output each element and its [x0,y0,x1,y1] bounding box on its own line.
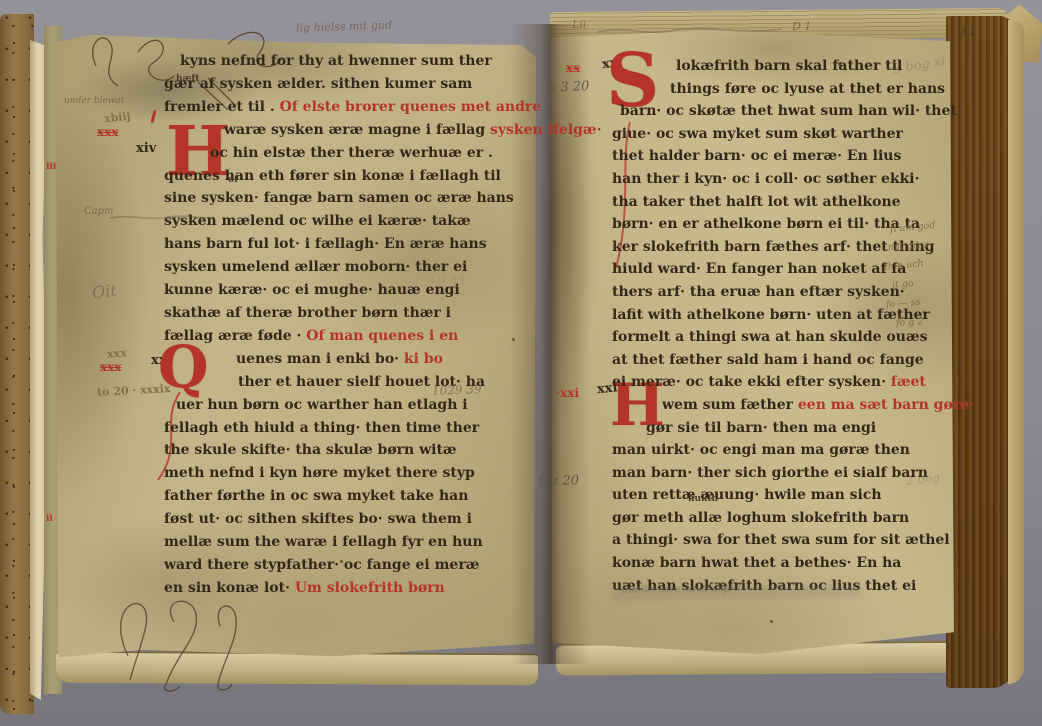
manuscript-text-line: gær af sysken ælder. sithen kumer sam [164,73,502,96]
body-text: lafit with athelkone børn· uten at fæthe… [612,307,930,323]
pen-doodle [100,592,340,692]
manuscript-text-line: quenes han eth fører sin konæ i fællagh … [164,165,502,188]
manuscript-text-line: fellagh eth hiuld a thing· then time the… [164,417,502,440]
manuscript-text-line: uenes man i enki bo· ki bo [164,348,502,371]
rubric-text: sysken ifelgæ· [490,122,601,138]
body-text: fællag æræ føde · [164,328,306,344]
manuscript-text-line: kunne kæræ· oc ei mughe· hauæ engi [164,279,502,302]
body-text: gør meth allæ loghum slokefrith barn [612,510,909,526]
body-text: konæ barn hwat thet a bethes· En ha [612,555,901,571]
chapter-number-old: xbiij [103,110,131,126]
manuscript-photo: iii ii under blewat lig hielss mit gud x… [0,0,1042,726]
body-text: skathæ af theræ brother børn thær i [164,305,451,321]
rubric-text: ki bo [404,351,443,367]
body-text: kunne kæræ· oc ei mughe· hauæ engi [164,282,460,298]
chapter-number-red: xxx [100,360,121,374]
body-text: father førthe in oc swa myket take han [164,488,468,504]
body-text: fremler et til . [164,99,280,115]
top-pencil-scribble: Lii [572,18,586,31]
manuscript-text-line: wem sum fæther een ma sæt barn gøre· [612,394,956,417]
body-text: the skule skifte· tha skulæ børn witæ [164,442,457,458]
body-text: wem sum fæther [662,397,798,413]
manuscript-text-line: ther et hauer sielf houet lot· ha [164,371,502,394]
body-text: sysken mælend oc wilhe ei kæræ· takæ [164,213,471,229]
body-text: formelt a thingi swa at han skulde ouæs [612,329,927,345]
chapter-number: xiv [136,141,156,156]
body-text: oc hin elstæ ther theræ werhuæ er . [210,145,493,161]
chapter-number-red: xxx [97,125,118,139]
body-text: ward there stypfather· oc fange ei meræ [164,557,479,573]
manuscript-text-line: thet halder barn· oc ei meræ· En lius [612,145,956,168]
manuscript-text-line: barn· oc skøtæ thet hwat sum han wil· th… [612,100,956,123]
body-text: børn· en er athelkone børn ei til· tha t… [612,216,920,232]
manuscript-text-line: han ther i kyn· oc i coll· oc søther ekk… [612,168,956,191]
top-scribble-line [596,24,786,38]
chapter-number-old: xxx [107,346,128,360]
body-text: uten rettæ æuung· hwile man sich [612,487,882,503]
top-cursive-note: lig hielss mit gud [296,18,392,34]
body-text: things føre oc lyuse at thet er hans [670,81,945,97]
body-text: at thet fæther sald ham i hand oc fange [612,352,924,368]
body-text: uer hun børn oc warther han etlagh i [176,397,468,413]
body-text: waræ sysken æræ magne i fællag [224,122,490,138]
body-text: man uirkt· oc engi man ma gøræ then [612,442,910,458]
manuscript-text-line: meth nefnd i kyn høre myket there styp [164,462,502,485]
cover-edge-right [1008,20,1024,684]
fore-edge-mark: ii [46,514,53,524]
body-text: hiuld ward· En fanger han noket af fa [612,261,906,277]
ink-speck [770,620,773,623]
body-text: uenes man i enki bo· [236,351,404,367]
pen-trial-scribble: it go [892,278,914,290]
body-text: tha taker thet halft lot wit athelkone [612,194,901,210]
manuscript-text-line: hans barn ful lot· i fællagh· En æræ han… [164,233,502,256]
pen-trial-scribble: fo g 2 [896,316,924,328]
body-text: gær af sysken ælder. sithen kumer sam [164,76,472,92]
manuscript-text-line: things føre oc lyuse at thet er hans [612,78,956,101]
manuscript-text-line: uten rettæ æuung· hwile man sich [612,484,956,507]
manuscript-text-line: ward there stypfather· oc fange ei meræ [164,554,502,577]
pencil-mark-oit: Oit [91,281,118,302]
manuscript-text-line: giue· oc swa myket sum skøt warther [612,123,956,146]
book-cover-left-edge [0,14,34,714]
rubric-text: Of man quenes i en [306,328,458,344]
body-text: gør sie til barn· then ma engi [646,420,876,436]
manuscript-text-line: føst ut· oc sithen skiftes bo· swa them … [164,508,502,531]
ink-speck [340,560,343,563]
manuscript-text-line: man uirkt· oc engi man ma gøræ then [612,439,956,462]
body-text: thers arf· tha eruæ han eftær sysken· [612,284,905,300]
rubric-text: een ma sæt barn gøre· [798,397,974,413]
body-text: a thingi· swa for thet swa sum for sit æ… [612,532,950,548]
folio-number: 11 [959,23,977,39]
pencil-mark: ti z 20 [538,473,580,489]
body-text: kyns nefnd for thy at hwenner sum ther [180,53,492,69]
body-text: ker slokefrith barn fæthes arf· thet thi… [612,239,935,255]
manuscript-text-line: ei meræ· oc take ekki efter sysken· fæet [612,371,956,394]
manuscript-text-line: oc hin elstæ ther theræ werhuæ er . [164,142,502,165]
body-text: sine sysken· fangæ barn samen oc æræ han… [164,190,514,206]
faded-marginal-text: under blewat [64,96,125,106]
ink-speck [512,338,515,341]
manuscript-text-line: gør meth allæ loghum slokefrith barn [612,507,956,530]
body-text: ei meræ· oc take ekki efter sysken· [612,374,891,390]
body-text: giue· oc swa myket sum skøt warther [612,126,903,142]
body-text: meth nefnd i kyn høre myket there styp [164,465,475,481]
rubric-text: Of elste brorer quenes met andre [280,99,542,115]
chapter-number-red: ·xxi [556,386,579,400]
manuscript-text-line: fremler et til . Of elste brorer quenes … [164,96,502,119]
body-text: mellæ sum the waræ i fellagh fyr en hun [164,534,483,550]
manuscript-text-line: man barn· ther sich giorthe ei sialf bar… [612,462,956,485]
manuscript-text-line: fællag æræ føde · Of man quenes i en [164,325,502,348]
fore-edge-mark: iii [46,162,56,172]
body-text: fellagh eth hiuld a thing· then time the… [164,420,479,436]
manuscript-text-line: skathæ af theræ brother børn thær i [164,302,502,325]
manuscript-text-line: formelt a thingi swa at han skulde ouæs [612,326,956,349]
ink-speck [838,62,842,66]
manuscript-text-line: father førthe in oc swa myket take han [164,485,502,508]
body-text: sysken umelend ællær moborn· ther ei [164,259,467,275]
body-text: barn· oc skøtæ thet hwat sum han wil· th… [620,103,957,119]
manuscript-text-line: kyns nefnd for thy at hwenner sum ther [164,50,502,73]
manuscript-text-line: at thet fæther sald ham i hand oc fange [612,349,956,372]
body-text: ther et hauer sielf houet lot· ha [238,374,485,390]
body-text: han ther i kyn· oc i coll· oc søther ekk… [612,171,920,187]
chapter-number-red: xx [566,61,580,75]
body-text: quenes han eth fører sin konæ i fællagh … [164,168,501,184]
manuscript-text-line: konæ barn hwat thet a bethes· En ha [612,552,956,575]
manuscript-text-line: sysken umelend ællær moborn· ther ei [164,256,502,279]
body-text: føst ut· oc sithen skiftes bo· swa them … [164,511,472,527]
body-text: thet halder barn· oc ei meræ· En lius [612,148,901,164]
manuscript-text-line: gør sie til barn· then ma engi [612,417,956,440]
manuscript-text-line: tha taker thet halft lot wit athelkone [612,191,956,214]
manuscript-text-line: sysken mælend oc wilhe ei kæræ· takæ [164,210,502,233]
rubric-text: fæet [891,374,926,390]
pencil-mark: li 3 20 [548,79,590,96]
manuscript-text-line: the skule skifte· tha skulæ børn witæ [164,439,502,462]
body-text: man barn· ther sich giorthe ei sialf bar… [612,465,928,481]
body-text: lokæfrith barn skal father til [676,58,902,74]
manuscript-text-line: mellæ sum the waræ i fellagh fyr en hun [164,531,502,554]
left-page-text: kyns nefnd for thy at hwenner sum thergæ… [164,50,502,600]
manuscript-text-line: waræ sysken æræ magne i fællag sysken if… [164,119,502,142]
manuscript-text-line: uer hun børn oc warther han etlagh i [164,394,502,417]
manuscript-text-line: lokæfrith barn skal father til [612,55,956,78]
erased-text-line: duelleruote haud dignd [622,583,741,596]
manuscript-text-line: sine sysken· fangæ barn samen oc æræ han… [164,187,502,210]
manuscript-text-line: a thingi· swa for thet swa sum for sit æ… [612,529,956,552]
top-pencil-scribble: D 1 [792,20,811,33]
body-text: hans barn ful lot· i fællagh· En æræ han… [164,236,487,252]
